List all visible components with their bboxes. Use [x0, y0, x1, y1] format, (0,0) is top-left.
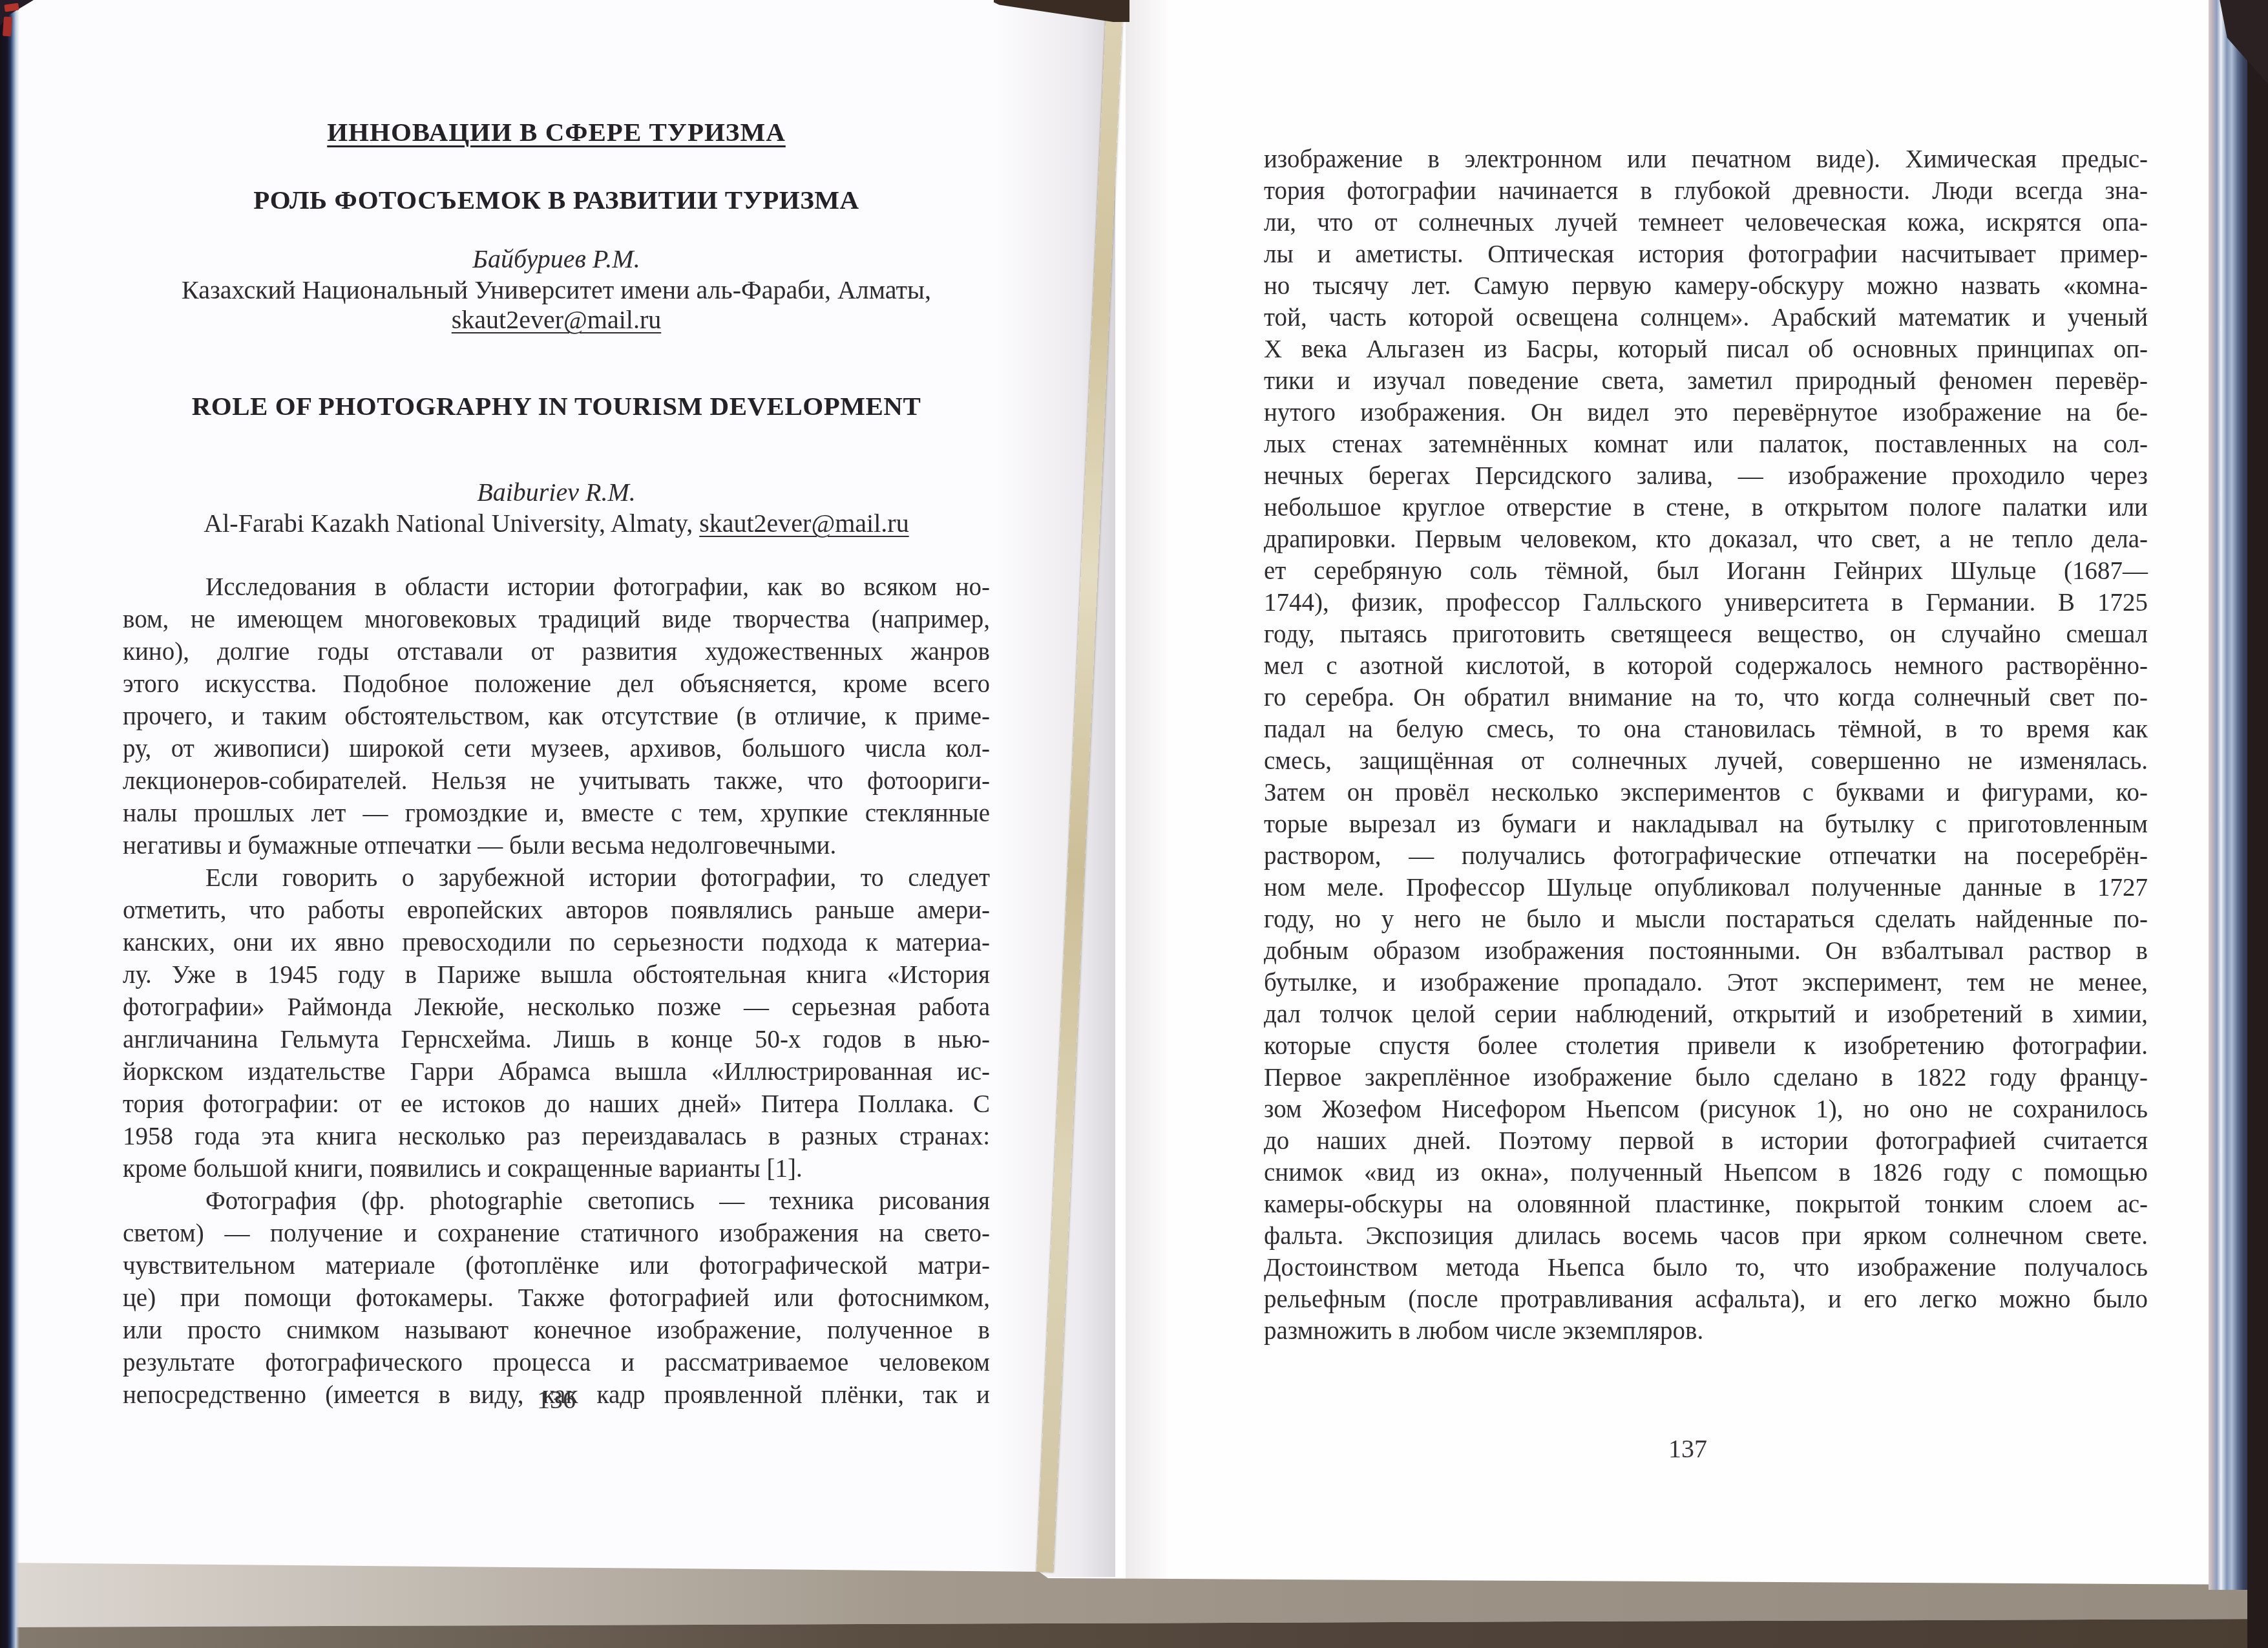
text-line: этого искусства. Подобное положение дел …: [123, 668, 990, 701]
text-line: Если говорить о зарубежной истории фотог…: [123, 862, 990, 894]
text-line: канских, они их явно превосходили по сер…: [123, 927, 990, 959]
left-page-body-text: Исследования в области истории фотографи…: [123, 571, 990, 1411]
text-line: вом, не имеющем многовековых традиций ви…: [123, 604, 990, 636]
email-link-en: skaut2ever@mail.ru: [699, 509, 909, 538]
article-title-en: ROLE OF PHOTOGRAPHY IN TOURISM DEVELOPME…: [123, 390, 990, 421]
text-line: лых стенах затемнённых комнат или палато…: [1264, 428, 2148, 460]
text-line: изображение в электронном или печатном в…: [1264, 143, 2148, 175]
text-line: камеры-обскуры на оловянной пластинке, п…: [1264, 1188, 2148, 1220]
text-line: йоркском издательстве Гарри Абрамса вышл…: [123, 1056, 990, 1088]
text-line: англичанина Гельмута Гернсхейма. Лишь в …: [123, 1024, 990, 1056]
affiliation-ru: Казахский Национальный Университет имени…: [123, 275, 990, 305]
text-line: отметить, что работы европейских авторов…: [123, 894, 990, 927]
text-line: году, пытаясь приготовить светящееся вещ…: [1264, 618, 2148, 650]
text-line: чувствительном материале (фотоплёнке или…: [123, 1250, 990, 1282]
right-page-body-text: изображение в электронном или печатном в…: [1264, 143, 2148, 1347]
paragraph: Если говорить о зарубежной истории фотог…: [123, 862, 990, 1185]
right-cover-edge: [2247, 0, 2268, 1648]
text-line: Х века Альгазен из Басры, который писал …: [1264, 333, 2148, 365]
email-text: skaut2ever@mail.ru: [452, 305, 662, 334]
author-name-en: Baiburiev R.M.: [123, 477, 990, 507]
text-line: нутого изображения. Он видел это перевёр…: [1264, 397, 2148, 428]
text-line: падал на белую смесь, то она становилась…: [1264, 713, 2148, 745]
text-line: тория фотографии: от ее истоков до наших…: [123, 1088, 990, 1121]
text-line: той, часть которой освещена солнцем». Ар…: [1264, 302, 2148, 333]
email-link-ru: skaut2ever@mail.ru: [123, 304, 990, 335]
text-line: зом Жозефом Нисефором Ньепсом (рисунок 1…: [1264, 1093, 2148, 1125]
book-scan: ИННОВАЦИИ В СФЕРЕ ТУРИЗМА РОЛЬ ФОТОСЪЕМО…: [0, 0, 2268, 1648]
red-ink-mark: [3, 17, 12, 37]
text-line: негативы и бумажные отпечатки — были вес…: [123, 830, 990, 862]
text-line: Достоинством метода Ньепса было то, что …: [1264, 1252, 2148, 1284]
paragraph: Исследования в области истории фотографи…: [123, 571, 990, 862]
text-line: ру, от живописи) широкой сети музеев, ар…: [123, 733, 990, 765]
text-line: фальта. Экспозиция длилась восемь часов …: [1264, 1220, 2148, 1252]
text-line: го серебра. Он обратил внимание на то, ч…: [1264, 682, 2148, 713]
text-line: тория фотографии начинается в глубокой д…: [1264, 175, 2148, 207]
text-line: добным образом изображения постоянными. …: [1264, 935, 2148, 967]
text-line: или просто снимком называют конечное изо…: [123, 1315, 990, 1347]
text-line: снимок «вид из окна», полученный Ньепсом…: [1264, 1157, 2148, 1188]
text-line: рельефным (после протравливания асфальта…: [1264, 1284, 2148, 1315]
page-number-right: 137: [1246, 1433, 2130, 1464]
affiliation-en: Al-Farabi Kazakh National University, Al…: [123, 508, 990, 538]
text-line: драпировки. Первым человеком, кто доказа…: [1264, 523, 2148, 555]
text-line: небольшое круглое отверстие в стене, в о…: [1264, 492, 2148, 523]
text-line: смесь, защищённая от солнечных лучей, со…: [1264, 745, 2148, 777]
text-line: Фотография (фр. photographie светопись —…: [123, 1185, 990, 1218]
section-title-ru: ИННОВАЦИИ В СФЕРЕ ТУРИЗМА: [123, 116, 990, 147]
text-line: це) при помощи фотокамеры. Также фотогра…: [123, 1282, 990, 1315]
text-line: размножить в любом числе экземпляров.: [1264, 1315, 2148, 1347]
text-line: раствором, — получались фотографические …: [1264, 840, 2148, 872]
text-line: фотографии» Раймонда Лекюйе, несколько п…: [123, 991, 990, 1024]
text-line: кино), долгие годы отставали от развития…: [123, 636, 990, 668]
right-fore-edge-pages: [2209, 0, 2250, 1590]
text-line: Первое закреплённое изображение было сде…: [1264, 1062, 2148, 1093]
text-line: светом) — получение и сохранение статичн…: [123, 1218, 990, 1250]
text-line: лы и аметисты. Оптическая история фотогр…: [1264, 238, 2148, 270]
text-line: которые спустя более столетия привели к …: [1264, 1030, 2148, 1062]
paragraph: изображение в электронном или печатном в…: [1264, 143, 2148, 1347]
text-line: прочего, и таким обстоятельством, как от…: [123, 701, 990, 733]
text-line: 1958 года эта книга несколько раз переиз…: [123, 1121, 990, 1153]
text-line: 1744), физик, профессор Галльского униве…: [1264, 587, 2148, 618]
text-line: кроме большой книги, появились и сокраще…: [123, 1153, 990, 1185]
paragraph: Фотография (фр. photographie светопись —…: [123, 1185, 990, 1411]
text-line: лекционеров-собирателей. Нельзя не учиты…: [123, 765, 990, 798]
text-line: ли, что от солнечных лучей темнеет челов…: [1264, 207, 2148, 238]
text-line: налы прошлых лет — громоздкие и, вместе …: [123, 798, 990, 830]
text-line: нечных берегах Персидского залива, — изо…: [1264, 460, 2148, 492]
left-scan-edge: [0, 0, 19, 1648]
text-line: Затем он провёл несколько экспериментов …: [1264, 777, 2148, 808]
text-line: дал толчок целой серии наблюдений, откры…: [1264, 998, 2148, 1030]
text-line: результате фотографического процесса и р…: [123, 1347, 990, 1379]
page-number-left: 136: [123, 1384, 990, 1415]
text-line: ном меле. Профессор Шульце опубликовал п…: [1264, 872, 2148, 903]
article-title-ru: РОЛЬ ФОТОСЪЕМОК В РАЗВИТИИ ТУРИЗМА: [123, 184, 990, 215]
affiliation-en-text: Al-Farabi Kazakh National University, Al…: [204, 509, 699, 538]
gutter-shadow-right: [1126, 0, 1171, 1580]
text-line: ет серебряную соль тёмной, был Иоганн Ге…: [1264, 555, 2148, 587]
author-name-ru: Байбуриев Р.М.: [123, 244, 990, 274]
text-line: Исследования в области истории фотографи…: [123, 571, 990, 604]
text-line: лу. Уже в 1945 году в Париже вышла обсто…: [123, 959, 990, 991]
text-line: торые вырезал из бумаги и накладывал на …: [1264, 808, 2148, 840]
text-line: бутылке, и изображение пропадало. Этот э…: [1264, 967, 2148, 998]
text-line: но тысячу лет. Самую первую камеру-обску…: [1264, 270, 2148, 302]
text-line: до наших дней. Поэтому первой в истории …: [1264, 1125, 2148, 1157]
text-line: мел с азотной кислотой, в которой содерж…: [1264, 650, 2148, 682]
text-line: тики и изучал поведение света, заметил п…: [1264, 365, 2148, 397]
text-line: году, но у него не было и мысли постарат…: [1264, 903, 2148, 935]
